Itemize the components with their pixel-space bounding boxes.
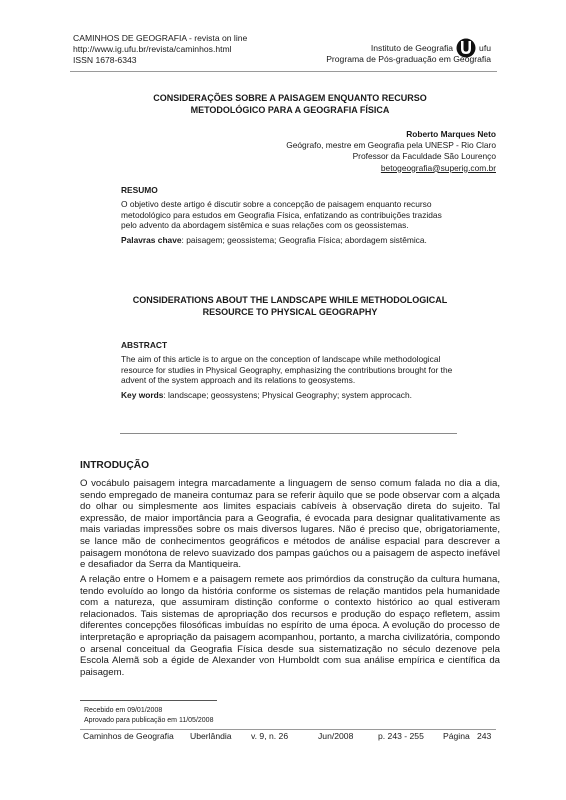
- keywords-list: : paisagem; geossistema; Geografia Físic…: [182, 235, 427, 245]
- resumo-keywords: Palavras chave: paisagem; geossistema; G…: [121, 235, 456, 245]
- institute-name: Instituto de Geografia: [371, 43, 453, 54]
- key-words-list: : landscape; geossystens; Physical Geogr…: [163, 390, 412, 400]
- body-paragraph: A relação entre o Homem e a paisagem rem…: [80, 574, 500, 678]
- body-paragraph: O vocábulo paisagem integra marcadamente…: [80, 478, 500, 571]
- approved-date: Aprovado para publicação em 11/05/2008: [84, 716, 213, 726]
- footer-page-number: 243: [477, 731, 491, 742]
- resumo-heading: RESUMO: [121, 185, 456, 195]
- journal-url[interactable]: http://www.ig.ufu.br/revista/caminhos.ht…: [73, 44, 247, 55]
- key-words-label: Key words: [121, 390, 163, 400]
- article-title-en: CONSIDERATIONS ABOUT THE LANDSCAPE WHILE…: [80, 295, 500, 318]
- received-date: Recebido em 09/01/2008: [84, 706, 213, 716]
- title-en-line-2: RESOURCE TO PHYSICAL GEOGRAPHY: [80, 307, 500, 319]
- author-email-link[interactable]: betogeografia@superig.com.br: [286, 163, 496, 174]
- footer-volume: v. 9, n. 26: [251, 731, 288, 742]
- title-pt-line-2: METODOLÓGICO PARA A GEOGRAFIA FÍSICA: [80, 105, 500, 117]
- resumo-section: RESUMO O objetivo deste artigo é discuti…: [121, 185, 456, 245]
- logo-label: ufu: [479, 43, 491, 54]
- title-pt-line-1: CONSIDERAÇÕES SOBRE A PAISAGEM ENQUANTO …: [80, 93, 500, 105]
- institution-header: Instituto de Geografia ufu Programa de P…: [326, 34, 491, 65]
- abstract-text: The aim of this article is to argue on t…: [121, 354, 456, 385]
- footer-journal: Caminhos de Geografia: [83, 731, 174, 742]
- footer-date: Jun/2008: [318, 731, 353, 742]
- author-affiliation-2: Professor da Faculdade São Lourenço: [286, 151, 496, 162]
- introduction-heading: INTRODUÇÃO: [80, 460, 149, 471]
- journal-issn: ISSN 1678-6343: [73, 55, 247, 66]
- author-block: Roberto Marques Neto Geógrafo, mestre em…: [286, 129, 496, 174]
- abstract-section: ABSTRACT The aim of this article is to a…: [121, 340, 456, 400]
- keywords-label: Palavras chave: [121, 235, 182, 245]
- footnote: Recebido em 09/01/2008 Aprovado para pub…: [84, 706, 213, 725]
- ufu-logo-icon: [456, 38, 476, 58]
- abstract-keywords: Key words: landscape; geossystens; Physi…: [121, 390, 456, 400]
- footer-pages: p. 243 - 255: [378, 731, 424, 742]
- header-divider: [70, 71, 497, 72]
- author-affiliation-1: Geógrafo, mestre em Geografia pela UNESP…: [286, 140, 496, 151]
- author-name: Roberto Marques Neto: [286, 129, 496, 140]
- journal-header: CAMINHOS DE GEOGRAFIA - revista on line …: [73, 33, 247, 67]
- article-title-pt: CONSIDERAÇÕES SOBRE A PAISAGEM ENQUANTO …: [80, 93, 500, 116]
- title-en-line-1: CONSIDERATIONS ABOUT THE LANDSCAPE WHILE…: [80, 295, 500, 307]
- abstract-heading: ABSTRACT: [121, 340, 456, 350]
- section-divider: [120, 433, 457, 434]
- journal-name: CAMINHOS DE GEOGRAFIA - revista on line: [73, 33, 247, 44]
- footnote-divider: [80, 700, 217, 701]
- resumo-text: O objetivo deste artigo é discutir sobre…: [121, 199, 456, 230]
- footer-city: Uberlândia: [190, 731, 232, 742]
- footer-divider: [80, 729, 496, 730]
- footer-page-label: Página: [443, 731, 470, 742]
